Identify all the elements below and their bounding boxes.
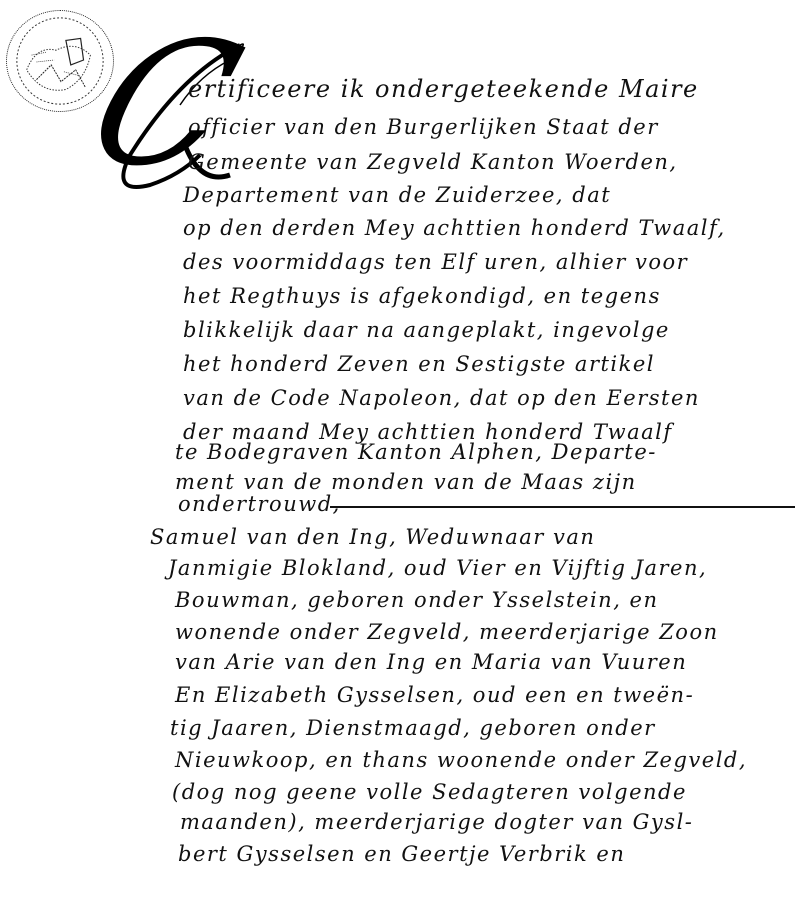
text-line-12: te Bodegraven Kanton Alphen, Departe- bbox=[175, 440, 657, 464]
text-line-1: ertificeere ik ondergeteekende Maire bbox=[188, 75, 699, 103]
text-line-22: Nieuwkoop, en thans woonende onder Zegve… bbox=[175, 748, 747, 772]
text-line-21: tig Jaaren, Dienstmaagd, geboren onder bbox=[170, 716, 656, 740]
text-line-20: En Elizabeth Gysselsen, oud een en tweën… bbox=[175, 683, 694, 707]
text-line-4: Departement van de Zuiderzee, dat bbox=[183, 183, 611, 207]
text-line-19: van Arie van den Ing en Maria van Vuuren bbox=[175, 650, 687, 674]
text-line-17: Bouwman, geboren onder Ysselstein, en bbox=[175, 588, 659, 612]
text-line-25: bert Gysselsen en Geertje Verbrik en bbox=[178, 842, 625, 866]
text-line-2: officier van den Burgerlijken Staat der bbox=[188, 115, 659, 139]
text-line-8: blikkelijk daar na aangeplakt, ingevolge bbox=[183, 318, 670, 342]
text-line-13: ment van de monden van de Maas zijn bbox=[175, 470, 637, 494]
text-line-6: des voormiddags ten Elf uren, alhier voo… bbox=[183, 250, 688, 274]
text-line-18: wonende onder Zegveld, meerderjarige Zoo… bbox=[175, 620, 719, 644]
line-filler-rule bbox=[330, 506, 795, 508]
text-line-16: Janmigie Blokland, oud Vier en Vijftig J… bbox=[168, 556, 707, 580]
text-line-23: (dog nog geene volle Sedagteren volgende bbox=[172, 780, 687, 804]
text-line-14: ondertrouwd, bbox=[178, 492, 341, 516]
document-page: ertificeere ik ondergeteekende Maire off… bbox=[0, 0, 800, 900]
text-line-9: het honderd Zeven en Sestigste artikel bbox=[183, 352, 655, 376]
text-line-3: Gemeente van Zegveld Kanton Woerden, bbox=[188, 150, 678, 174]
text-line-7: het Regthuys is afgekondigd, en tegens bbox=[183, 284, 661, 308]
text-line-24: maanden), meerderjarige dogter van Gysl- bbox=[180, 810, 693, 834]
text-line-5: op den derden Mey achttien honderd Twaal… bbox=[183, 216, 726, 240]
text-line-10: van de Code Napoleon, dat op den Eersten bbox=[183, 386, 700, 410]
text-line-15: Samuel van den Ing, Weduwnaar van bbox=[150, 525, 595, 549]
